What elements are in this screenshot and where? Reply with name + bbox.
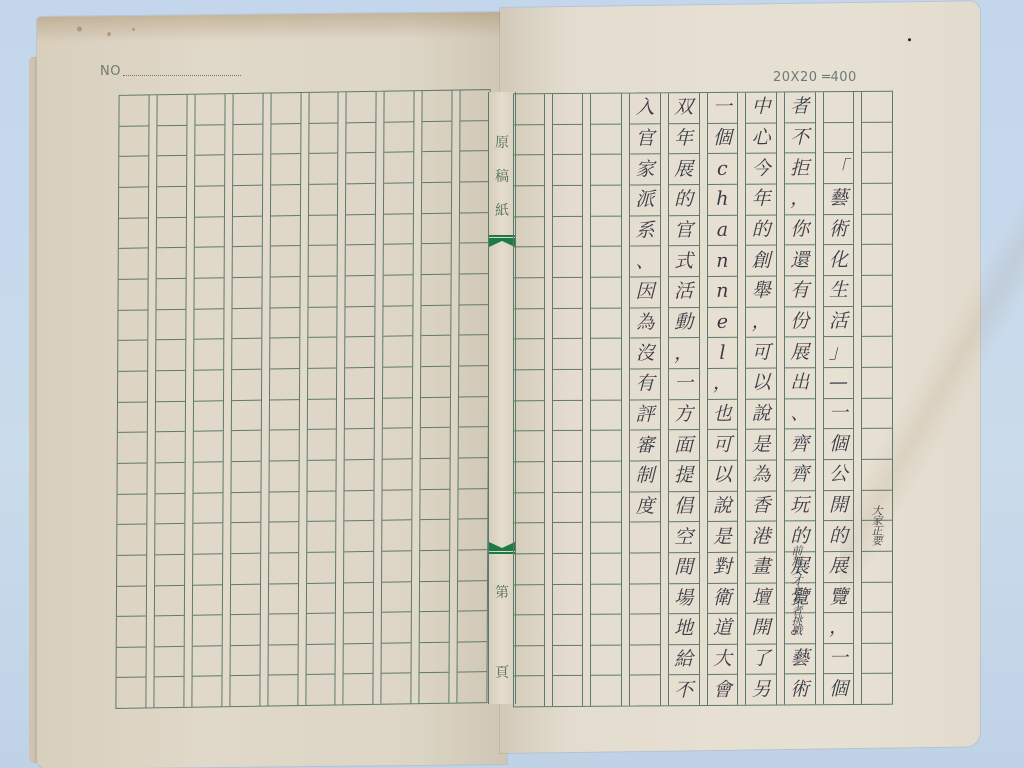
grid-cell bbox=[269, 553, 298, 584]
grid-column bbox=[116, 95, 149, 708]
grid-cell bbox=[344, 613, 373, 644]
grid-cell bbox=[383, 398, 412, 429]
grid-cell bbox=[119, 218, 148, 249]
column-gutter bbox=[622, 94, 630, 706]
grid-cell bbox=[345, 368, 374, 399]
grid-cell bbox=[384, 275, 413, 306]
grid-cell bbox=[421, 336, 450, 367]
grid-cell bbox=[514, 247, 544, 278]
grid-cell bbox=[308, 368, 337, 399]
grid-cell bbox=[862, 582, 892, 613]
grid-cell bbox=[421, 489, 450, 520]
grid-cell: 活 bbox=[824, 307, 854, 338]
grid-cell bbox=[862, 337, 892, 368]
grid-cell bbox=[382, 551, 411, 582]
grid-cell bbox=[119, 157, 148, 188]
grid-column: 双年展的官式活動，一方面提倡空間場地給不 bbox=[669, 93, 700, 705]
grid-cell: n bbox=[708, 246, 738, 277]
grid-column bbox=[862, 92, 892, 704]
grid-cell bbox=[118, 341, 147, 372]
page-char-ye: 頁 bbox=[495, 662, 509, 682]
grid-cell bbox=[591, 431, 621, 462]
grid-cell bbox=[232, 278, 261, 309]
grid-cell bbox=[514, 339, 544, 370]
grid-cell: 對 bbox=[708, 553, 738, 584]
grid-cell bbox=[458, 519, 487, 550]
grid-cell bbox=[118, 310, 147, 341]
grid-cell bbox=[460, 182, 489, 213]
page-char-di: 第 bbox=[495, 582, 509, 662]
grid-cell: 公 bbox=[824, 460, 854, 491]
grid-cell bbox=[192, 677, 221, 707]
grid-cell: ， bbox=[785, 184, 815, 215]
grid-cell bbox=[269, 492, 298, 523]
grid-cell: 份 bbox=[785, 307, 815, 338]
grid-cell bbox=[157, 187, 186, 218]
grid-cell: 大 bbox=[708, 645, 738, 676]
grid-cell bbox=[862, 306, 892, 337]
grid-cell bbox=[862, 276, 892, 307]
grid-cell bbox=[591, 278, 621, 309]
grid-cell: 為 bbox=[630, 308, 660, 339]
grid-cell bbox=[232, 339, 261, 370]
grid-cell: 」 bbox=[824, 337, 854, 368]
grid-cell bbox=[514, 585, 544, 616]
grid-cell bbox=[307, 430, 336, 461]
grid-cell bbox=[154, 647, 183, 678]
grid-cell: 一 bbox=[669, 369, 699, 400]
grid-cell bbox=[384, 245, 413, 276]
grid-cell bbox=[862, 398, 892, 429]
grid-cell: 也 bbox=[708, 399, 738, 430]
grid-cell: 審 bbox=[630, 431, 660, 462]
grid-cell bbox=[306, 614, 335, 645]
grid-cell bbox=[459, 335, 488, 366]
grid-cell: 個 bbox=[824, 674, 854, 704]
grid-column: 一個channel，也可以說是對衛道大會 bbox=[708, 93, 739, 705]
grid-cell bbox=[422, 244, 451, 275]
grid-cell bbox=[117, 586, 146, 617]
grid-cell: 以 bbox=[746, 368, 776, 399]
grid-cell: 式 bbox=[669, 246, 699, 277]
grid-cell bbox=[591, 584, 621, 615]
grid-cell bbox=[155, 524, 184, 555]
grid-cell: 年 bbox=[669, 124, 699, 155]
grid-cell bbox=[421, 428, 450, 459]
grid-cell bbox=[423, 121, 452, 152]
grid-cell: 度 bbox=[630, 492, 660, 523]
grid-cell: 地 bbox=[669, 614, 699, 645]
column-gutter bbox=[583, 94, 591, 706]
grid-cell bbox=[193, 585, 222, 616]
grid-cell bbox=[514, 278, 544, 309]
grid-cell bbox=[459, 366, 488, 397]
grid-cell bbox=[155, 616, 184, 647]
grid-cell bbox=[309, 123, 338, 154]
grid-cell bbox=[231, 492, 260, 523]
grid-cell bbox=[347, 92, 376, 123]
grid-cell bbox=[591, 155, 621, 186]
grid-cell: 個 bbox=[708, 123, 738, 154]
grid-cell: 有 bbox=[630, 369, 660, 400]
grid-cell: 會 bbox=[708, 675, 738, 705]
grid-cell bbox=[118, 279, 147, 310]
grid-cell: 方 bbox=[669, 400, 699, 431]
grid-cell bbox=[193, 462, 222, 493]
grid-cell bbox=[157, 125, 186, 156]
grid-cell bbox=[862, 92, 892, 123]
open-manuscript-notebook: NO 20X20 ═400 原 稿 紙 第 頁 入官家派系、因為沒有評審制度 bbox=[0, 0, 1024, 768]
grid-cell bbox=[630, 553, 660, 584]
grid-cell bbox=[309, 154, 338, 185]
grid-cell: 一 bbox=[824, 644, 854, 675]
grid-cell bbox=[422, 275, 451, 306]
grid-column bbox=[230, 94, 263, 707]
grid-cell bbox=[232, 400, 261, 431]
grid-cell: c bbox=[708, 154, 738, 185]
grid-cell: n bbox=[708, 277, 738, 308]
grid-cell bbox=[553, 339, 583, 370]
grid-cell bbox=[232, 308, 261, 339]
grid-cell bbox=[862, 153, 892, 184]
title-char: 稿 bbox=[495, 166, 509, 200]
grid-cell: 是 bbox=[746, 430, 776, 461]
grid-cell bbox=[192, 646, 221, 677]
grid-cell bbox=[347, 123, 376, 154]
grid-column bbox=[458, 90, 490, 703]
grid-cell bbox=[308, 307, 337, 338]
grid-cell bbox=[458, 550, 487, 581]
center-spine-strip: 原 稿 紙 第 頁 bbox=[488, 92, 516, 704]
grid-cell bbox=[514, 493, 544, 524]
grid-cell bbox=[230, 676, 259, 706]
grid-cell bbox=[460, 213, 489, 244]
grid-cell bbox=[345, 398, 374, 429]
grid-cell bbox=[156, 371, 185, 402]
grid-cell bbox=[553, 278, 583, 309]
marginal-annotation: 前無天才之作者挑戰 bbox=[788, 545, 804, 715]
grid-cell bbox=[233, 155, 262, 186]
grid-cell bbox=[344, 644, 373, 675]
grid-cell: ， bbox=[669, 338, 699, 369]
grid-cell: 評 bbox=[630, 400, 660, 431]
grid-cell bbox=[591, 461, 621, 492]
grid-cell: 年 bbox=[746, 184, 776, 215]
grid-cell bbox=[591, 124, 621, 155]
grid-cell: 有 bbox=[785, 276, 815, 307]
grid-column: 「藝術化生活」—一個公開的展覽，一個 bbox=[824, 92, 855, 704]
grid-cell bbox=[307, 399, 336, 430]
grid-cell bbox=[268, 584, 297, 615]
grid-cell: 官 bbox=[669, 216, 699, 247]
column-gutter bbox=[661, 93, 669, 705]
grid-cell bbox=[420, 551, 449, 582]
grid-cell bbox=[307, 522, 336, 553]
grid-cell bbox=[553, 400, 583, 431]
grid-cell bbox=[270, 369, 299, 400]
grid-cell bbox=[155, 555, 184, 586]
grid-cell bbox=[459, 305, 488, 336]
grid-cell bbox=[270, 277, 299, 308]
grid-cell: a bbox=[708, 215, 738, 246]
grid-cell bbox=[157, 248, 186, 279]
grid-cell bbox=[514, 186, 544, 217]
grid-cell bbox=[231, 462, 260, 493]
grid-cell bbox=[119, 187, 148, 218]
grid-cell bbox=[268, 645, 297, 676]
grid-cell bbox=[118, 463, 147, 494]
grid-column bbox=[420, 91, 453, 704]
grid-cell bbox=[233, 216, 262, 247]
grid-cell bbox=[232, 370, 261, 401]
grid-cell bbox=[271, 124, 300, 155]
grid-cell: 中 bbox=[746, 92, 776, 123]
grid-cell bbox=[231, 584, 260, 615]
grid-cell: 玩 bbox=[785, 491, 815, 522]
grid-cell bbox=[459, 397, 488, 428]
grid-cell bbox=[591, 216, 621, 247]
grid-cell bbox=[119, 95, 148, 126]
ink-dot bbox=[908, 38, 911, 41]
grid-cell: 双 bbox=[669, 93, 699, 124]
grid-cell bbox=[514, 370, 544, 401]
grid-cell bbox=[271, 154, 300, 185]
grid-cell bbox=[458, 581, 487, 612]
grid-cell: 生 bbox=[824, 276, 854, 307]
grid-cell bbox=[346, 337, 375, 368]
grid-cell bbox=[233, 124, 262, 155]
grid-column bbox=[514, 94, 545, 706]
grid-cell bbox=[591, 308, 621, 339]
grid-cell bbox=[344, 552, 373, 583]
grid-cell bbox=[194, 278, 223, 309]
grid-cell: 個 bbox=[824, 429, 854, 460]
grid-cell bbox=[119, 249, 148, 280]
grid-cell bbox=[308, 246, 337, 277]
grid-cell: 一 bbox=[824, 399, 854, 430]
grid-cell bbox=[862, 643, 892, 674]
grid-cell: 齊 bbox=[785, 429, 815, 460]
grid-cell bbox=[157, 156, 186, 187]
grid-cell bbox=[553, 94, 583, 125]
grid-cell: ， bbox=[708, 369, 738, 400]
grid-cell bbox=[384, 214, 413, 245]
grid-cell: h bbox=[708, 185, 738, 216]
grid-cell: 說 bbox=[746, 399, 776, 430]
grid-cell bbox=[156, 309, 185, 340]
grid-cell bbox=[514, 309, 544, 340]
grid-cell bbox=[345, 460, 374, 491]
grid-cell: 展 bbox=[669, 154, 699, 185]
grid-cell bbox=[193, 431, 222, 462]
grid-cell: 展 bbox=[824, 552, 854, 583]
grid-cell bbox=[195, 217, 224, 248]
grid-cell: 場 bbox=[669, 584, 699, 615]
grid-cell bbox=[459, 427, 488, 458]
grid-cell bbox=[308, 338, 337, 369]
grid-cell bbox=[306, 583, 335, 614]
grid-cell bbox=[117, 647, 146, 678]
grid-cell bbox=[306, 675, 335, 705]
grid-cell bbox=[514, 677, 544, 707]
grid-cell bbox=[344, 582, 373, 613]
title-char: 原 bbox=[495, 132, 509, 166]
left-manuscript-grid bbox=[115, 89, 490, 709]
grid-cell bbox=[193, 554, 222, 585]
grid-cell bbox=[268, 614, 297, 645]
grid-cell bbox=[824, 92, 854, 123]
grid-cell: 系 bbox=[630, 216, 660, 247]
grid-cell bbox=[423, 91, 452, 122]
grid-cell bbox=[862, 245, 892, 276]
grid-cell: 衛 bbox=[708, 583, 738, 614]
grid-cell bbox=[591, 369, 621, 400]
grid-column bbox=[268, 93, 301, 706]
grid-cell bbox=[194, 340, 223, 371]
grid-cell bbox=[460, 274, 489, 305]
grid-cell bbox=[458, 611, 487, 642]
grid-cell bbox=[156, 401, 185, 432]
grid-cell bbox=[630, 522, 660, 553]
grid-cell bbox=[117, 617, 146, 648]
grid-cell bbox=[195, 94, 224, 125]
grid-cell: 倡 bbox=[669, 492, 699, 523]
grid-cell bbox=[307, 552, 336, 583]
grid-cell: 制 bbox=[630, 461, 660, 492]
grid-cell bbox=[382, 582, 411, 613]
grid-column bbox=[344, 92, 377, 705]
grid-cell bbox=[630, 584, 660, 615]
grid-cell bbox=[233, 94, 262, 125]
grid-cell bbox=[553, 124, 583, 155]
grid-cell bbox=[460, 151, 489, 182]
page-number-label-vertical: 第 頁 bbox=[489, 582, 515, 682]
grid-column: 入官家派系、因為沒有評審制度 bbox=[630, 93, 661, 705]
grid-cell bbox=[553, 523, 583, 554]
grid-cell bbox=[308, 276, 337, 307]
grid-cell bbox=[346, 276, 375, 307]
grid-cell bbox=[118, 433, 147, 464]
grid-cell bbox=[345, 490, 374, 521]
grid-cell: 官 bbox=[630, 124, 660, 155]
grid-cell bbox=[458, 673, 487, 703]
grid-column: 中心今年的創舉，可以說是為香港畫壇開了另 bbox=[746, 92, 777, 704]
grid-cell bbox=[514, 217, 544, 248]
grid-cell bbox=[383, 490, 412, 521]
grid-cell bbox=[346, 184, 375, 215]
grid-column bbox=[192, 94, 225, 707]
grid-cell bbox=[269, 522, 298, 553]
grid-cell: 展 bbox=[785, 337, 815, 368]
grid-column bbox=[553, 94, 584, 706]
grid-cell bbox=[459, 458, 488, 489]
grid-cell: 藝 bbox=[824, 184, 854, 215]
grid-cell bbox=[420, 612, 449, 643]
grid-cell bbox=[514, 615, 544, 646]
grid-cell bbox=[461, 90, 490, 121]
grid-cell bbox=[308, 215, 337, 246]
grid-column bbox=[306, 92, 339, 705]
grid-cell: 覽 bbox=[824, 582, 854, 613]
grid-cell: 入 bbox=[630, 93, 660, 124]
grid-cell bbox=[422, 305, 451, 336]
grid-cell: 的 bbox=[824, 521, 854, 552]
grid-cell bbox=[155, 463, 184, 494]
grid-cell bbox=[382, 674, 411, 704]
column-gutter bbox=[854, 92, 862, 704]
grid-cell bbox=[862, 214, 892, 245]
grid-cell: 者 bbox=[785, 92, 815, 123]
grid-cell bbox=[230, 615, 259, 646]
page-number-label: NO bbox=[100, 64, 121, 79]
grid-cell: 香 bbox=[746, 491, 776, 522]
grid-cell bbox=[155, 585, 184, 616]
grid-cell bbox=[344, 674, 373, 704]
grid-cell bbox=[591, 400, 621, 431]
grid-cell bbox=[862, 460, 892, 491]
grid-cell: — bbox=[824, 368, 854, 399]
grid-cell bbox=[347, 153, 376, 184]
grid-cell bbox=[156, 279, 185, 310]
grid-cell bbox=[420, 643, 449, 674]
grid-cell bbox=[307, 460, 336, 491]
grid-cell bbox=[156, 432, 185, 463]
grid-cell bbox=[459, 489, 488, 520]
grid-cell bbox=[514, 155, 544, 186]
grid-cell bbox=[385, 122, 414, 153]
grid-cell bbox=[460, 121, 489, 152]
grid-cell: 可 bbox=[746, 338, 776, 369]
grid-cell: 是 bbox=[708, 522, 738, 553]
grid-cell bbox=[231, 554, 260, 585]
grid-cell bbox=[157, 217, 186, 248]
grid-column bbox=[591, 94, 622, 706]
grid-count-label: 20X20 ═400 bbox=[773, 70, 857, 85]
grid-cell bbox=[156, 340, 185, 371]
grid-cell bbox=[154, 677, 183, 707]
column-gutter bbox=[816, 92, 824, 704]
grid-cell: 以 bbox=[708, 461, 738, 492]
grid-cell bbox=[119, 126, 148, 157]
grid-cell bbox=[194, 309, 223, 340]
grid-cell bbox=[117, 525, 146, 556]
grid-cell bbox=[553, 492, 583, 523]
grid-cell bbox=[553, 431, 583, 462]
grid-cell bbox=[420, 673, 449, 703]
grid-cell bbox=[514, 646, 544, 677]
page-number-dotted-line bbox=[123, 75, 241, 76]
manuscript-paper-title: 原 稿 紙 bbox=[489, 132, 515, 234]
grid-cell: e bbox=[708, 307, 738, 338]
grid-cell bbox=[308, 184, 337, 215]
grid-cell: 今 bbox=[746, 154, 776, 185]
grid-cell bbox=[591, 492, 621, 523]
grid-cell bbox=[194, 248, 223, 279]
grid-cell bbox=[117, 494, 146, 525]
grid-cell bbox=[553, 676, 583, 706]
grid-cell bbox=[117, 555, 146, 586]
grid-cell bbox=[630, 614, 660, 645]
grid-cell: 了 bbox=[746, 644, 776, 675]
grid-cell bbox=[514, 431, 544, 462]
grid-cell: 的 bbox=[669, 185, 699, 216]
grid-cell bbox=[384, 306, 413, 337]
grid-cell: 空 bbox=[669, 522, 699, 553]
grid-cell: 開 bbox=[824, 490, 854, 521]
grid-cell: 術 bbox=[824, 215, 854, 246]
grid-cell bbox=[270, 308, 299, 339]
grid-cell: 不 bbox=[785, 123, 815, 154]
